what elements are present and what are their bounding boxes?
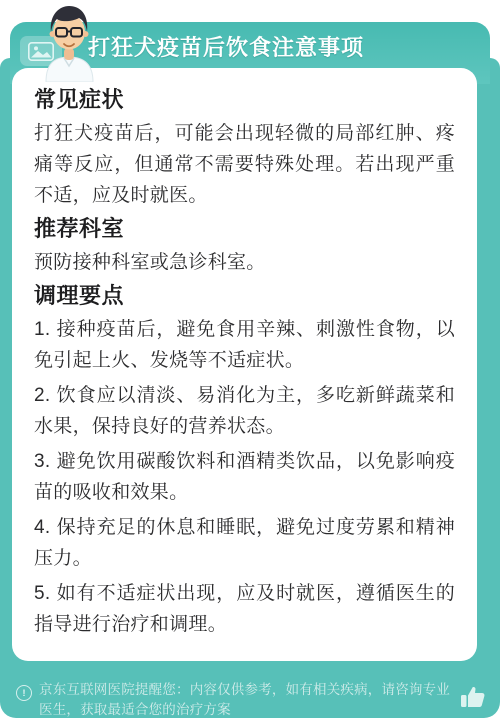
section-paragraph: 打狂犬疫苗后，可能会出现轻微的局部红肿、疼痛等反应，但通常不需要特殊处理。若出现… <box>34 118 455 211</box>
section-paragraph: 4. 保持充足的休息和睡眠，避免过度劳累和精神压力。 <box>34 512 455 574</box>
thumbs-up-icon[interactable] <box>458 682 488 712</box>
photo-icon <box>20 36 62 66</box>
section-paragraph: 5. 如有不适症状出现，应及时就医，遵循医生的指导进行治疗和调理。 <box>34 578 455 640</box>
article-card: 常见症状打狂犬疫苗后，可能会出现轻微的局部红肿、疼痛等反应，但通常不需要特殊处理… <box>12 68 477 661</box>
section-heading: 调理要点 <box>34 282 455 310</box>
info-icon: ! <box>16 685 32 701</box>
section-paragraph: 3. 避免饮用碳酸饮料和酒精类饮品，以免影响疫苗的吸收和效果。 <box>34 446 455 508</box>
article-sections: 常见症状打狂犬疫苗后，可能会出现轻微的局部红肿、疼痛等反应，但通常不需要特殊处理… <box>34 86 455 640</box>
photo-icon-glyph <box>28 42 54 61</box>
section-heading: 推荐科室 <box>34 215 455 243</box>
disclaimer-text: 京东互联网医院提醒您：内容仅供参考，如有相关疾病，请咨询专业医生，获取最适合您的… <box>39 680 452 720</box>
section-heading: 常见症状 <box>34 86 455 114</box>
health-tip-card: 打狂犬疫苗后饮食注意事项 常见症状打狂犬疫苗后，可能会出现轻微的局部红肿、疼痛等… <box>0 0 500 728</box>
section-paragraph: 2. 饮食应以清淡、易消化为主，多吃新鲜蔬菜和水果，保持良好的营养状态。 <box>34 380 455 442</box>
section-paragraph: 1. 接种疫苗后，避免食用辛辣、刺激性食物，以免引起上火、发烧等不适症状。 <box>34 314 455 376</box>
footer-disclaimer-bar: ! 京东互联网医院提醒您：内容仅供参考，如有相关疾病，请咨询专业医生，获取最适合… <box>0 668 500 718</box>
page-title: 打狂犬疫苗后饮食注意事项 <box>88 31 364 62</box>
section-paragraph: 预防接种科室或急诊科室。 <box>34 247 455 278</box>
